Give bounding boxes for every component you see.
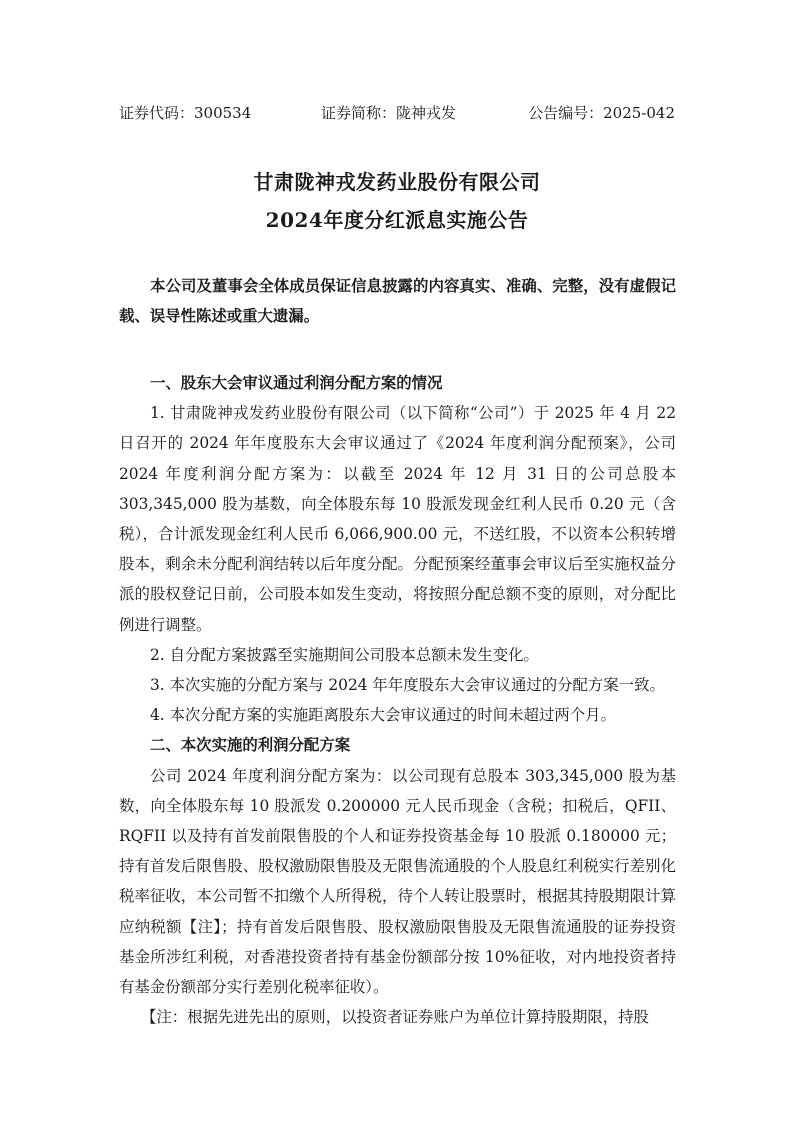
company-name-title: 甘肃陇神戎发药业股份有限公司 bbox=[0, 167, 794, 197]
section-heading-2: 二、本次实施的利润分配方案 bbox=[119, 730, 676, 760]
section2-paragraph-1: 公司 2024 年度利润分配方案为：以公司现有总股本 303,345,000 股… bbox=[119, 761, 676, 1003]
security-abbreviation: 证券简称：陇神戎发 bbox=[321, 101, 456, 125]
document-page: 证券代码：300534 证券简称：陇神戎发 公告编号：2025-042 甘肃陇神… bbox=[0, 0, 794, 1122]
tax-note-paragraph: 【注：根据先进先出的原则，以投资者证券账户为单位计算持股期限，持股 bbox=[119, 1002, 676, 1032]
section1-paragraph-3: 3. 本次实施的分配方案与 2024 年年度股东大会审议通过的分配方案一致。 bbox=[119, 670, 676, 700]
section1-paragraph-1: 1. 甘肃陇神戎发药业股份有限公司（以下简称“公司”）于 2025 年 4 月 … bbox=[119, 398, 676, 640]
document-body: 一、股东大会审议通过利润分配方案的情况 1. 甘肃陇神戎发药业股份有限公司（以下… bbox=[119, 368, 676, 1032]
security-code: 证券代码：300534 bbox=[119, 101, 251, 125]
section1-paragraph-4: 4. 本次分配方案的实施距离股东大会审议通过的时间未超过两个月。 bbox=[119, 700, 676, 730]
announcement-header: 证券代码：300534 证券简称：陇神戎发 公告编号：2025-042 bbox=[119, 101, 675, 125]
declaration-block: 本公司及董事会全体成员保证信息披露的内容真实、准确、完整，没有虚假记载、误导性陈… bbox=[119, 271, 676, 331]
declaration-text: 本公司及董事会全体成员保证信息披露的内容真实、准确、完整，没有虚假记载、误导性陈… bbox=[119, 271, 676, 331]
announcement-number: 公告编号：2025-042 bbox=[528, 101, 675, 125]
section-heading-1: 一、股东大会审议通过利润分配方案的情况 bbox=[119, 368, 676, 398]
section1-paragraph-2: 2. 自分配方案披露至实施期间公司股本总额未发生变化。 bbox=[119, 640, 676, 670]
announcement-subject-title: 2024年度分红派息实施公告 bbox=[0, 205, 794, 235]
